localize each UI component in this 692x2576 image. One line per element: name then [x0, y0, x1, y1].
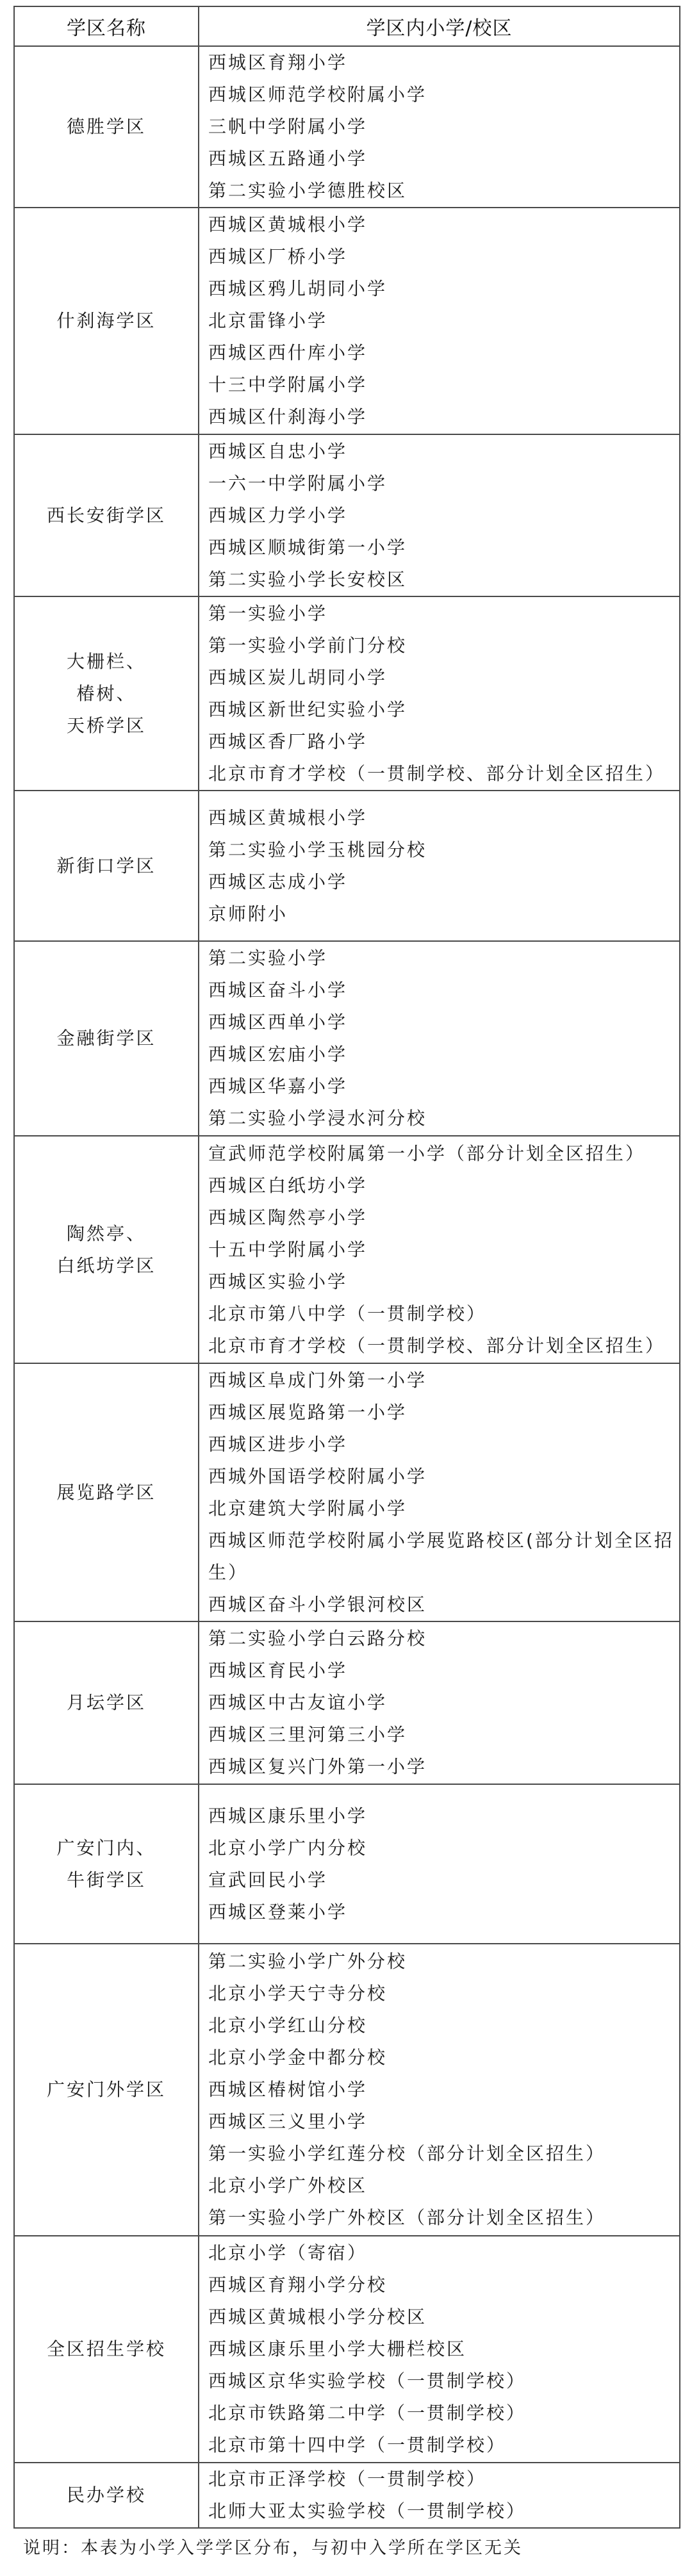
district-name-cell: 新街口学区 — [15, 791, 199, 940]
district-name-cell: 月坛学区 — [15, 1622, 199, 1784]
district-name: 新街口学区 — [56, 850, 156, 882]
school-name: 西城区奋斗小学银河校区 — [208, 1589, 679, 1621]
district-name: 广安门内、 — [56, 1832, 156, 1864]
school-list-cell: 西城区育翔小学西城区师范学校附属小学三帆中学附属小学西城区五路通小学第二实验小学… — [199, 47, 679, 207]
school-name: 第二实验小学广外分校 — [208, 1946, 679, 1978]
school-name: 西城区展览路第一小学 — [208, 1397, 679, 1429]
school-list-cell: 西城区黄城根小学西城区厂桥小学西城区鸦儿胡同小学北京雷锋小学西城区西什库小学十三… — [199, 208, 679, 434]
district-name-cell: 金融街学区 — [15, 942, 199, 1135]
school-name: 北京市正泽学校（一贯制学校） — [208, 2463, 679, 2495]
school-name: 西城区实验小学 — [208, 1266, 679, 1298]
district-name: 牛街学区 — [67, 1864, 146, 1896]
table-body: 德胜学区西城区育翔小学西城区师范学校附属小学三帆中学附属小学西城区五路通小学第二… — [15, 45, 679, 2527]
school-name: 十三中学附属小学 — [208, 369, 679, 401]
school-name: 西城区西什库小学 — [208, 337, 679, 369]
school-name: 西城区五路通小学 — [208, 143, 679, 175]
school-name: 北京小学（寄宿） — [208, 2237, 679, 2269]
school-name: 西城区炭儿胡同小学 — [208, 662, 679, 694]
school-name: 第二实验小学玉桃园分校 — [208, 834, 679, 866]
table-header-row: 学区名称 学区内小学/校区 — [15, 7, 679, 45]
school-name: 北京市第十四中学（一贯制学校） — [208, 2429, 679, 2461]
school-name: 西城区黄城根小学 — [208, 209, 679, 241]
school-name: 北京小学广外校区 — [208, 2170, 679, 2202]
school-list-cell: 第二实验小学白云路分校西城区育民小学西城区中古友谊小学西城区三里河第三小学西城区… — [199, 1622, 679, 1784]
table-row: 民办学校北京市正泽学校（一贯制学校）北师大亚太实验学校（一贯制学校） — [15, 2462, 679, 2527]
school-name: 宣武师范学校附属第一小学（部分计划全区招生） — [208, 1138, 679, 1170]
school-name: 第二实验小学长安校区 — [208, 564, 679, 596]
school-name: 西城区顺城街第一小学 — [208, 532, 679, 564]
school-name: 西城区自忠小学 — [208, 436, 679, 468]
district-name-cell: 西长安街学区 — [15, 435, 199, 596]
district-name: 白纸坊学区 — [56, 1250, 156, 1282]
school-name: 西城区育民小学 — [208, 1655, 679, 1687]
school-name: 第一实验小学广外校区（部分计划全区招生） — [208, 2202, 679, 2234]
school-name: 一六一中学附属小学 — [208, 468, 679, 500]
school-name: 北京小学广内分校 — [208, 1832, 679, 1864]
school-list-cell: 西城区康乐里小学北京小学广内分校宣武回民小学西城区登莱小学 — [199, 1785, 679, 1943]
school-name: 第二实验小学 — [208, 942, 679, 974]
school-list-cell: 第二实验小学西城区奋斗小学西城区西单小学西城区宏庙小学西城区华嘉小学第二实验小学… — [199, 942, 679, 1135]
school-name: 西城区力学小学 — [208, 500, 679, 532]
table-row: 大栅栏、椿树、天桥学区第一实验小学第一实验小学前门分校西城区炭儿胡同小学西城区新… — [15, 596, 679, 790]
school-name: 北京市第八中学（一贯制学校） — [208, 1298, 679, 1330]
school-name: 西城区育翔小学 — [208, 47, 679, 79]
school-name: 北京雷锋小学 — [208, 305, 679, 337]
district-name: 什刹海学区 — [56, 305, 156, 337]
school-name: 西城区黄城根小学分校区 — [208, 2301, 679, 2333]
school-name: 西城区宏庙小学 — [208, 1038, 679, 1071]
table-row: 西长安街学区西城区自忠小学一六一中学附属小学西城区力学小学西城区顺城街第一小学第… — [15, 434, 679, 596]
district-name-cell: 广安门外学区 — [15, 1944, 199, 2235]
school-name: 西城区奋斗小学 — [208, 974, 679, 1006]
school-name: 第二实验小学白云路分校 — [208, 1623, 679, 1655]
school-district-table: 学区名称 学区内小学/校区 德胜学区西城区育翔小学西城区师范学校附属小学三帆中学… — [13, 6, 680, 2529]
district-name-cell: 广安门内、牛街学区 — [15, 1785, 199, 1943]
school-name: 三帆中学附属小学 — [208, 111, 679, 143]
school-name: 西城区白纸坊小学 — [208, 1170, 679, 1202]
school-name: 第二实验小学德胜校区 — [208, 175, 679, 207]
header-district-name: 学区名称 — [15, 7, 199, 45]
school-name: 西城区什刹海小学 — [208, 401, 679, 433]
district-name: 天桥学区 — [67, 710, 146, 742]
district-name: 德胜学区 — [67, 111, 146, 143]
school-list-cell: 西城区黄城根小学第二实验小学玉桃园分校西城区志成小学京师附小 — [199, 791, 679, 940]
school-name: 西城区新世纪实验小学 — [208, 694, 679, 726]
school-name: 西城区陶然亭小学 — [208, 1202, 679, 1234]
table-row: 月坛学区第二实验小学白云路分校西城区育民小学西城区中古友谊小学西城区三里河第三小… — [15, 1621, 679, 1784]
table-row: 金融街学区第二实验小学西城区奋斗小学西城区西单小学西城区宏庙小学西城区华嘉小学第… — [15, 940, 679, 1135]
table-row: 德胜学区西城区育翔小学西城区师范学校附属小学三帆中学附属小学西城区五路通小学第二… — [15, 45, 679, 207]
school-name: 西城区椿树馆小学 — [208, 2074, 679, 2106]
district-name-cell: 德胜学区 — [15, 47, 199, 207]
district-name: 月坛学区 — [67, 1687, 146, 1719]
district-name: 全区招生学校 — [47, 2333, 166, 2365]
district-name-cell: 陶然亭、白纸坊学区 — [15, 1136, 199, 1363]
school-name: 北京建筑大学附属小学 — [208, 1493, 679, 1525]
table-row: 全区招生学校北京小学（寄宿）西城区育翔小学分校西城区黄城根小学分校区西城区康乐里… — [15, 2235, 679, 2462]
school-name: 西城区三里河第三小学 — [208, 1719, 679, 1751]
district-name: 西长安街学区 — [47, 500, 166, 532]
school-name: 西城区师范学校附属小学 — [208, 79, 679, 111]
district-name: 金融街学区 — [56, 1022, 156, 1054]
school-name: 第一实验小学 — [208, 598, 679, 630]
table-row: 新街口学区西城区黄城根小学第二实验小学玉桃园分校西城区志成小学京师附小 — [15, 790, 679, 940]
district-name-cell: 大栅栏、椿树、天桥学区 — [15, 597, 199, 790]
school-name: 西城区厂桥小学 — [208, 241, 679, 273]
school-name: 西城外国语学校附属小学 — [208, 1461, 679, 1493]
school-name: 西城区黄城根小学 — [208, 802, 679, 834]
district-name: 大栅栏、 — [67, 646, 146, 678]
school-name: 十五中学附属小学 — [208, 1234, 679, 1266]
table-row: 广安门内、牛街学区西城区康乐里小学北京小学广内分校宣武回民小学西城区登莱小学 — [15, 1784, 679, 1943]
school-name: 第一实验小学红莲分校（部分计划全区招生） — [208, 2138, 679, 2170]
district-name-cell: 什刹海学区 — [15, 208, 199, 434]
school-name: 西城区阜成门外第一小学 — [208, 1365, 679, 1397]
district-name: 广安门外学区 — [47, 2074, 166, 2106]
school-name: 西城区鸦儿胡同小学 — [208, 273, 679, 305]
school-name: 京师附小 — [208, 898, 679, 930]
school-name: 西城区志成小学 — [208, 866, 679, 898]
district-name: 椿树、 — [76, 678, 136, 710]
school-name: 西城区香厂路小学 — [208, 726, 679, 758]
school-name: 西城区三义里小学 — [208, 2106, 679, 2138]
school-name: 西城区康乐里小学 — [208, 1800, 679, 1832]
school-name: 宣武回民小学 — [208, 1864, 679, 1896]
school-name: 北京市育才学校（一贯制学校、部分计划全区招生） — [208, 758, 679, 790]
school-list-cell: 西城区阜成门外第一小学西城区展览路第一小学西城区进步小学西城外国语学校附属小学北… — [199, 1364, 679, 1621]
school-name: 西城区西单小学 — [208, 1006, 679, 1038]
district-name-cell: 全区招生学校 — [15, 2236, 199, 2462]
school-list-cell: 第一实验小学第一实验小学前门分校西城区炭儿胡同小学西城区新世纪实验小学西城区香厂… — [199, 597, 679, 790]
header-schools: 学区内小学/校区 — [199, 7, 679, 45]
school-name: 第一实验小学前门分校 — [208, 630, 679, 662]
district-name: 民办学校 — [67, 2479, 146, 2511]
school-name: 西城区华嘉小学 — [208, 1071, 679, 1103]
table-row: 广安门外学区第二实验小学广外分校北京小学天宁寺分校北京小学红山分校北京小学金中都… — [15, 1943, 679, 2235]
school-name: 西城区中古友谊小学 — [208, 1687, 679, 1719]
school-list-cell: 北京小学（寄宿）西城区育翔小学分校西城区黄城根小学分校区西城区康乐里小学大栅栏校… — [199, 2236, 679, 2462]
table-row: 陶然亭、白纸坊学区宣武师范学校附属第一小学（部分计划全区招生）西城区白纸坊小学西… — [15, 1135, 679, 1363]
table-row: 展览路学区西城区阜成门外第一小学西城区展览路第一小学西城区进步小学西城外国语学校… — [15, 1363, 679, 1621]
district-name-cell: 民办学校 — [15, 2463, 199, 2527]
school-name: 西城区康乐里小学大栅栏校区 — [208, 2333, 679, 2365]
school-name: 第二实验小学浸水河分校 — [208, 1103, 679, 1135]
table-row: 什刹海学区西城区黄城根小学西城区厂桥小学西城区鸦儿胡同小学北京雷锋小学西城区西什… — [15, 207, 679, 434]
school-name: 西城区登莱小学 — [208, 1896, 679, 1928]
school-list-cell: 宣武师范学校附属第一小学（部分计划全区招生）西城区白纸坊小学西城区陶然亭小学十五… — [199, 1136, 679, 1363]
school-name: 北京市育才学校（一贯制学校、部分计划全区招生） — [208, 1330, 679, 1362]
school-list-cell: 北京市正泽学校（一贯制学校）北师大亚太实验学校（一贯制学校） — [199, 2463, 679, 2527]
school-list-cell: 西城区自忠小学一六一中学附属小学西城区力学小学西城区顺城街第一小学第二实验小学长… — [199, 435, 679, 596]
footnote: 说明：本表为小学入学学区分布，与初中入学所在学区无关 — [23, 2536, 523, 2561]
district-name: 陶然亭、 — [67, 1218, 146, 1250]
district-name: 展览路学区 — [56, 1477, 156, 1509]
school-name: 北京市铁路第二中学（一贯制学校） — [208, 2397, 679, 2429]
school-name: 西城区京华实验学校（一贯制学校） — [208, 2365, 679, 2397]
school-name: 北师大亚太实验学校（一贯制学校） — [208, 2495, 679, 2527]
school-name: 西城区复兴门外第一小学 — [208, 1751, 679, 1783]
school-name: 西城区育翔小学分校 — [208, 2269, 679, 2301]
school-name: 西城区师范学校附属小学展览路校区(部分计划全区招生） — [208, 1525, 679, 1589]
district-name-cell: 展览路学区 — [15, 1364, 199, 1621]
school-name: 北京小学天宁寺分校 — [208, 1978, 679, 2010]
school-list-cell: 第二实验小学广外分校北京小学天宁寺分校北京小学红山分校北京小学金中都分校西城区椿… — [199, 1944, 679, 2235]
school-name: 北京小学金中都分校 — [208, 2042, 679, 2074]
school-name: 北京小学红山分校 — [208, 2010, 679, 2042]
school-name: 西城区进步小学 — [208, 1429, 679, 1461]
